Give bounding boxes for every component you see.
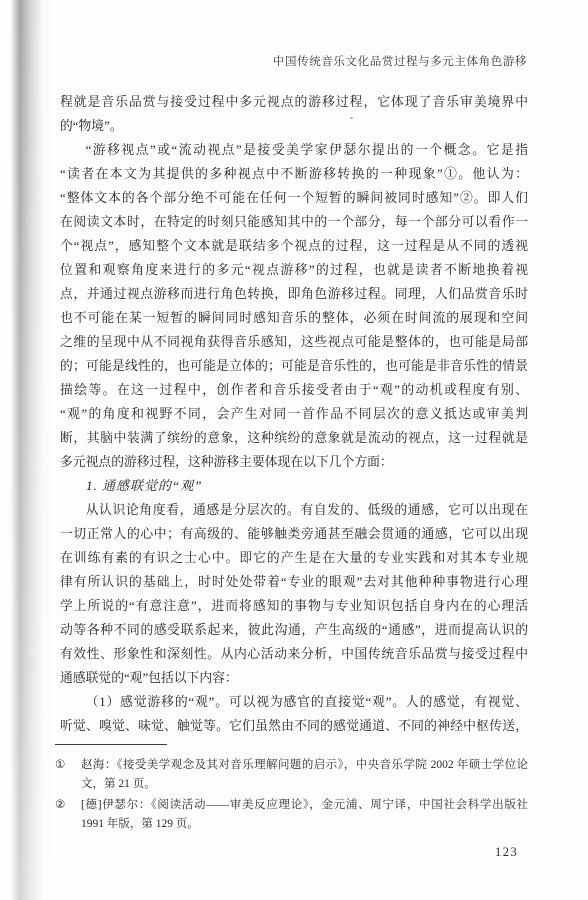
body-line: 学上所说的“有意注意”，进而将感知的事物与专业知识包括自身内在的心理活	[60, 594, 528, 618]
section-heading: 1. 通感联觉的“观”	[60, 474, 528, 498]
book-page: 中国传统音乐文化品赏过程与多元主体角色游移 程就是音乐品赏与接受过程中多元视点的…	[0, 0, 588, 900]
body-line: 描绘等。在这一过程中，创作者和音乐接受者由于“观”的动机或程度有别、	[60, 378, 528, 402]
body-line: 在阅读文本时，在特定的时刻只能感知其中的一个部分，每一个部分可以看作一	[60, 210, 528, 234]
footnote-marker-1: ①	[55, 756, 81, 775]
body-line: 的“物境”。	[60, 114, 528, 138]
body-line: “观”的角度和视野不同，会产生对同一首作品不同层次的意义抵达或审美判	[60, 402, 528, 426]
body-line: 多元视点的游移过程，这种游移主要体现在以下几个方面：	[60, 450, 528, 474]
footnote-text-2: [德]伊瑟尔：《阅读活动——审美反应理论》，金元浦、周宁译，中国社会科学出版社 …	[81, 796, 528, 833]
footnote-marker-2: ②	[55, 796, 81, 815]
footnotes-block: ① 赵海：《接受美学观念及其对音乐理解问题的启示》，中央音乐学院 2002 年硕…	[55, 756, 528, 836]
footnote-1: ① 赵海：《接受美学观念及其对音乐理解问题的启示》，中央音乐学院 2002 年硕…	[55, 756, 528, 793]
footnote-2: ② [德]伊瑟尔：《阅读活动——审美反应理论》，金元浦、周宁译，中国社会科学出版…	[55, 796, 528, 833]
scan-spine-shadow-fade	[11, 0, 51, 900]
body-line: 个“视点”，感知整个文本就是联结多个视点的过程，这一过程是从不同的透视	[60, 234, 528, 258]
running-header: 中国传统音乐文化品赏过程与多元主体角色游移	[60, 53, 527, 69]
body-line: 也不可能在某一短暂的瞬间同时感知音乐的整体，必须在时间流的展现和空间	[60, 306, 528, 330]
footnote-separator-rule	[55, 744, 167, 745]
body-line: 程就是音乐品赏与接受过程中多元视点的游移过程，它体现了音乐审美境界中	[60, 90, 528, 114]
body-line: 动等各种不同的感受联系起来，彼此沟通，产生高级的“通感”，进而提高认识的	[60, 618, 528, 642]
body-line: 通感联觉的“观”包括以下内容：	[60, 666, 528, 690]
body-line: 从认识论角度看，通感是分层次的。有自发的、低级的通感，它可以出现在	[60, 498, 528, 522]
body-line: “游移视点”或“流动视点”是接受美学家伊瑟尔提出的一个概念。它是指	[60, 138, 528, 162]
body-line: 听觉、嗅觉、味觉、触觉等。它们虽然由不同的感觉通道、不同的神经中枢传送，	[60, 714, 528, 738]
body-line: 有效性、形象性和深刻性。从内心活动来分析，中国传统音乐品赏与接受过程中	[60, 642, 528, 666]
body-line-with-footnote-ref-2: “整体文本的各个部分绝不可能在任何一个短暂的瞬间被同时感知”②。即人们	[60, 186, 528, 210]
body-text-block: 程就是音乐品赏与接受过程中多元视点的游移过程，它体现了音乐审美境界中 的“物境”…	[60, 90, 528, 738]
body-line: 律有所认识的基础上，时时处处带着“专业的眼观”去对其他种种事物进行心理	[60, 570, 528, 594]
body-line-with-footnote-ref-1: “读者在本文为其提供的多种视点中不断游移转换的一种现象”①。他认为：	[60, 162, 528, 186]
footnote-text-1: 赵海：《接受美学观念及其对音乐理解问题的启示》，中央音乐学院 2002 年硕士学…	[81, 756, 528, 793]
body-line: 位置和观察角度来进行的多元“视点游移”的过程，也就是读者不断地换着视	[60, 258, 528, 282]
body-line: 点，并通过视点游移而进行角色转换，即角色游移过程。同理，人们品赏音乐时	[60, 282, 528, 306]
page-number: 123	[495, 845, 518, 860]
body-line: 断，其脑中装满了缤纷的意象，这种缤纷的意象就是流动的视点，这一过程就是	[60, 426, 528, 450]
body-line: （1）感觉游移的“观”。可以视为感官的直接觉“观”。人的感觉，有视觉、	[60, 690, 528, 714]
body-line: 在训练有素的有识之士心中。即它的产生是在大量的专业实践和对其本专业规	[60, 546, 528, 570]
body-line: 的；可能是线性的，也可能是立体的；可能是音乐性的，也可能是非音乐性的情景	[60, 354, 528, 378]
body-line: 一切正常人的心中；有高级的、能够触类旁通甚至融会贯通的通感，它可以出现	[60, 522, 528, 546]
body-line: 之维的呈现中从不同视角获得音乐感知，这些视点可能是整体的，也可能是局部	[60, 330, 528, 354]
